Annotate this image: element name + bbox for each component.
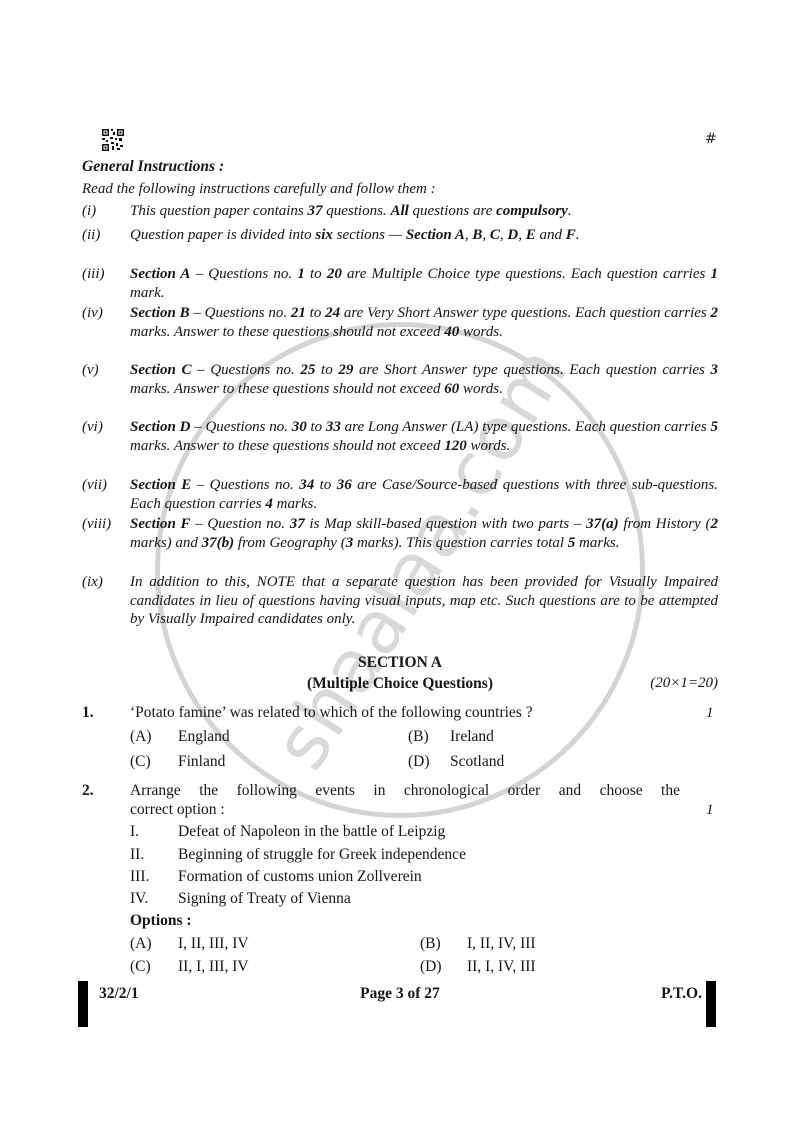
question-marks: 1 xyxy=(706,802,714,819)
option-text: II, I, IV, III xyxy=(467,958,536,976)
option-label: (D) xyxy=(408,753,430,771)
question-text: Arrange the following events in chronolo… xyxy=(130,782,680,800)
question-text-continued: correct option : xyxy=(130,801,225,819)
instruction-item: (ix) In addition to this, NOTE that a se… xyxy=(82,573,718,629)
section-title: SECTION A xyxy=(0,654,800,672)
hash-mark: # xyxy=(705,131,717,147)
instruction-item: (ii) Question paper is divided into six … xyxy=(82,226,718,245)
option-text: I, II, III, IV xyxy=(178,935,249,953)
event-number: IV. xyxy=(130,890,148,908)
option-text: England xyxy=(178,728,230,746)
event-text: Defeat of Napoleon in the battle of Leip… xyxy=(178,823,445,841)
footer-right-bar xyxy=(706,981,716,1027)
option-label: (B) xyxy=(420,935,441,953)
option-label: (D) xyxy=(420,958,442,976)
instruction-item: (v) Section C – Questions no. 25 to 29 a… xyxy=(82,361,718,398)
instruction-item: (iv) Section B – Questions no. 21 to 24 … xyxy=(82,304,718,341)
instruction-item: (viii) Section F – Question no. 37 is Ma… xyxy=(82,515,718,552)
event-number: III. xyxy=(130,868,149,886)
event-number: I. xyxy=(130,823,139,841)
instruction-item: (vi) Section D – Questions no. 30 to 33 … xyxy=(82,418,718,455)
event-number: II. xyxy=(130,846,144,864)
event-text: Beginning of struggle for Greek independ… xyxy=(178,846,466,864)
instructions-title: General Instructions : xyxy=(82,158,224,176)
instruction-item: (vii) Section E – Questions no. 34 to 36… xyxy=(82,476,718,513)
options-heading: Options : xyxy=(130,912,192,930)
instruction-item: (i) This question paper contains 37 ques… xyxy=(82,202,718,221)
event-text: Signing of Treaty of Vienna xyxy=(178,890,351,908)
option-text: Scotland xyxy=(450,753,504,771)
option-text: Finland xyxy=(178,753,225,771)
option-label: (A) xyxy=(130,728,152,746)
option-label: (B) xyxy=(408,728,429,746)
instructions-lead: Read the following instructions carefull… xyxy=(82,181,436,198)
option-text: Ireland xyxy=(450,728,494,746)
option-label: (C) xyxy=(130,753,151,771)
instruction-item: (iii) Section A – Questions no. 1 to 20 … xyxy=(82,265,718,302)
question-number: 1. xyxy=(82,704,94,722)
question-marks: 1 xyxy=(706,705,714,722)
option-label: (C) xyxy=(130,958,151,976)
section-marks: (20×1=20) xyxy=(650,675,718,692)
question-number: 2. xyxy=(82,782,94,800)
option-label: (A) xyxy=(130,935,152,953)
exam-page: shaalaa.com # General Instructions : Rea… xyxy=(0,0,800,1131)
qr-code-icon xyxy=(101,128,125,152)
option-text: II, I, III, IV xyxy=(178,958,249,976)
option-text: I, II, IV, III xyxy=(467,935,536,953)
question-text: ‘Potato famine’ was related to which of … xyxy=(130,704,533,722)
please-turn-over: P.T.O. xyxy=(661,985,702,1003)
event-text: Formation of customs union Zollverein xyxy=(178,868,422,886)
